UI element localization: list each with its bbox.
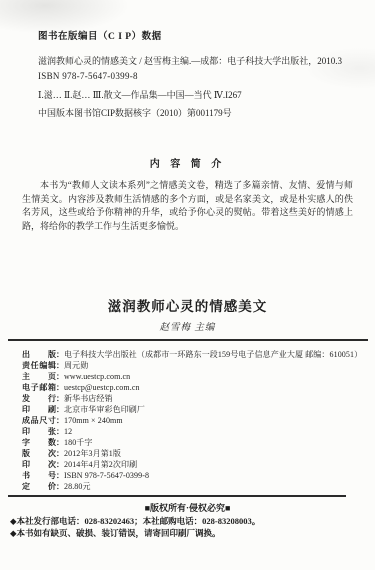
publication-row-price: 定价：28.80元 bbox=[22, 481, 375, 492]
publication-value: 2012年3月第1版 bbox=[64, 449, 121, 458]
publication-info: 出版：电子科技大学出版社（成都市一环路东一段159号电子信息产业大厦 邮编：61… bbox=[22, 349, 375, 492]
publication-value: 新华书店经销 bbox=[64, 394, 113, 403]
publication-row-impression: 印次：2014年4月第2次印刷 bbox=[22, 459, 375, 470]
cip-line-classification: Ⅰ.滋… Ⅱ.赵… Ⅲ.散文—作品集—中国—当代 Ⅳ.I267 bbox=[38, 89, 355, 101]
publication-row-distribution: 发行：新华书店经销 bbox=[22, 393, 375, 404]
publication-row-size: 成品尺寸：170mm × 240mm bbox=[22, 415, 375, 426]
label-separator: ： bbox=[56, 449, 64, 458]
label-separator: ： bbox=[56, 482, 64, 491]
copyright-notice: ■版权所有·侵权必究■ bbox=[0, 501, 375, 514]
label-separator: ： bbox=[56, 350, 64, 359]
publication-label: 成品尺寸 bbox=[22, 415, 56, 426]
publication-row-publisher: 出版：电子科技大学出版社（成都市一环路东一段159号电子信息产业大厦 邮编：61… bbox=[22, 349, 375, 360]
publication-value: 180千字 bbox=[64, 438, 93, 447]
publication-label: 责任编辑 bbox=[22, 360, 56, 371]
publication-label: 电子邮箱 bbox=[22, 382, 56, 393]
label-separator: ： bbox=[56, 438, 64, 447]
divider-bottom bbox=[8, 495, 346, 497]
publication-label: 印张 bbox=[22, 426, 56, 437]
publication-value: 12 bbox=[64, 427, 72, 436]
label-separator: ： bbox=[56, 361, 64, 370]
label-separator: ： bbox=[56, 416, 64, 425]
cip-line-title: 滋润教师心灵的情感美文 / 赵雪梅主编.—成都：电子科技大学出版社，2010.3 bbox=[38, 55, 355, 67]
copyright-page: 图书在版编目（C I P）数据 滋润教师心灵的情感美文 / 赵雪梅主编.—成都：… bbox=[0, 0, 375, 570]
publication-value: ISBN 978-7-5647-0399-8 bbox=[64, 471, 149, 480]
publication-value: 28.80元 bbox=[64, 482, 91, 491]
label-separator: ： bbox=[56, 427, 64, 436]
cip-heading: 图书在版编目（C I P）数据 bbox=[38, 28, 355, 42]
publication-label: 出版 bbox=[22, 349, 56, 360]
abstract-body: 本书为“教师人文读本系列”之情感美文卷，精选了多篇亲情、友情、爱情与师生情美文。… bbox=[22, 179, 353, 233]
publication-row-homepage: 主页：www.uestcp.com.cn bbox=[22, 371, 375, 382]
cip-block: 图书在版编目（C I P）数据 滋润教师心灵的情感美文 / 赵雪梅主编.—成都：… bbox=[38, 28, 355, 119]
label-separator: ： bbox=[56, 372, 64, 381]
publication-value: 电子科技大学出版社（成都市一环路东一段159号电子信息产业大厦 邮编：61005… bbox=[64, 350, 362, 359]
publication-row-edition: 版次：2012年3月第1版 bbox=[22, 448, 375, 459]
publication-value: 170mm × 240mm bbox=[64, 416, 123, 425]
publication-value: 2014年4月第2次印刷 bbox=[64, 460, 137, 469]
divider-top bbox=[8, 339, 368, 341]
abstract-heading: 内 容 简 介 bbox=[0, 155, 375, 170]
publication-row-editor: 责任编辑：周元勋 bbox=[22, 360, 375, 371]
publication-label: 定价 bbox=[22, 481, 56, 492]
label-separator: ： bbox=[56, 460, 64, 469]
publication-row-wordcount: 字数：180千字 bbox=[22, 437, 375, 448]
publication-value: 周元勋 bbox=[64, 361, 88, 370]
book-editor: 赵雪梅 主编 bbox=[0, 319, 375, 333]
cip-line-registry: 中国版本图书馆CIP数据核字（2010）第001179号 bbox=[38, 107, 355, 119]
label-separator: ： bbox=[56, 405, 64, 414]
publication-label: 书号 bbox=[22, 470, 56, 481]
publication-label: 字数 bbox=[22, 437, 56, 448]
publication-row-sheets: 印张：12 bbox=[22, 426, 375, 437]
label-separator: ： bbox=[56, 394, 64, 403]
publication-row-printer: 印刷：北京市华审彩色印刷厂 bbox=[22, 404, 375, 415]
publication-row-isbn: 书号：ISBN 978-7-5647-0399-8 bbox=[22, 470, 375, 481]
publication-label: 版次 bbox=[22, 448, 56, 459]
publication-label: 主页 bbox=[22, 371, 56, 382]
publication-label: 印刷 bbox=[22, 404, 56, 415]
cip-line-isbn: ISBN 978-7-5647-0399-8 bbox=[38, 70, 355, 82]
publication-value: www.uestcp.com.cn bbox=[64, 372, 130, 381]
publication-label: 发行 bbox=[22, 393, 56, 404]
book-title: 滋润教师心灵的情感美文 bbox=[0, 295, 375, 315]
footer-notice-phones: ◆本社发行部电话：028-83202463；本社邮购电话：028-8320800… bbox=[10, 516, 367, 527]
footer-notice-returns: ◆本书如有缺页、破损、装订错误，请寄回印刷厂调换。 bbox=[10, 528, 367, 539]
publication-label: 印次 bbox=[22, 459, 56, 470]
label-separator: ： bbox=[56, 383, 64, 392]
title-block: 滋润教师心灵的情感美文 赵雪梅 主编 bbox=[0, 295, 375, 333]
publication-value: uestcp@uestcp.com.cn bbox=[64, 383, 140, 392]
label-separator: ： bbox=[56, 471, 64, 480]
publication-value: 北京市华审彩色印刷厂 bbox=[64, 405, 145, 414]
publication-row-email: 电子邮箱：uestcp@uestcp.com.cn bbox=[22, 382, 375, 393]
